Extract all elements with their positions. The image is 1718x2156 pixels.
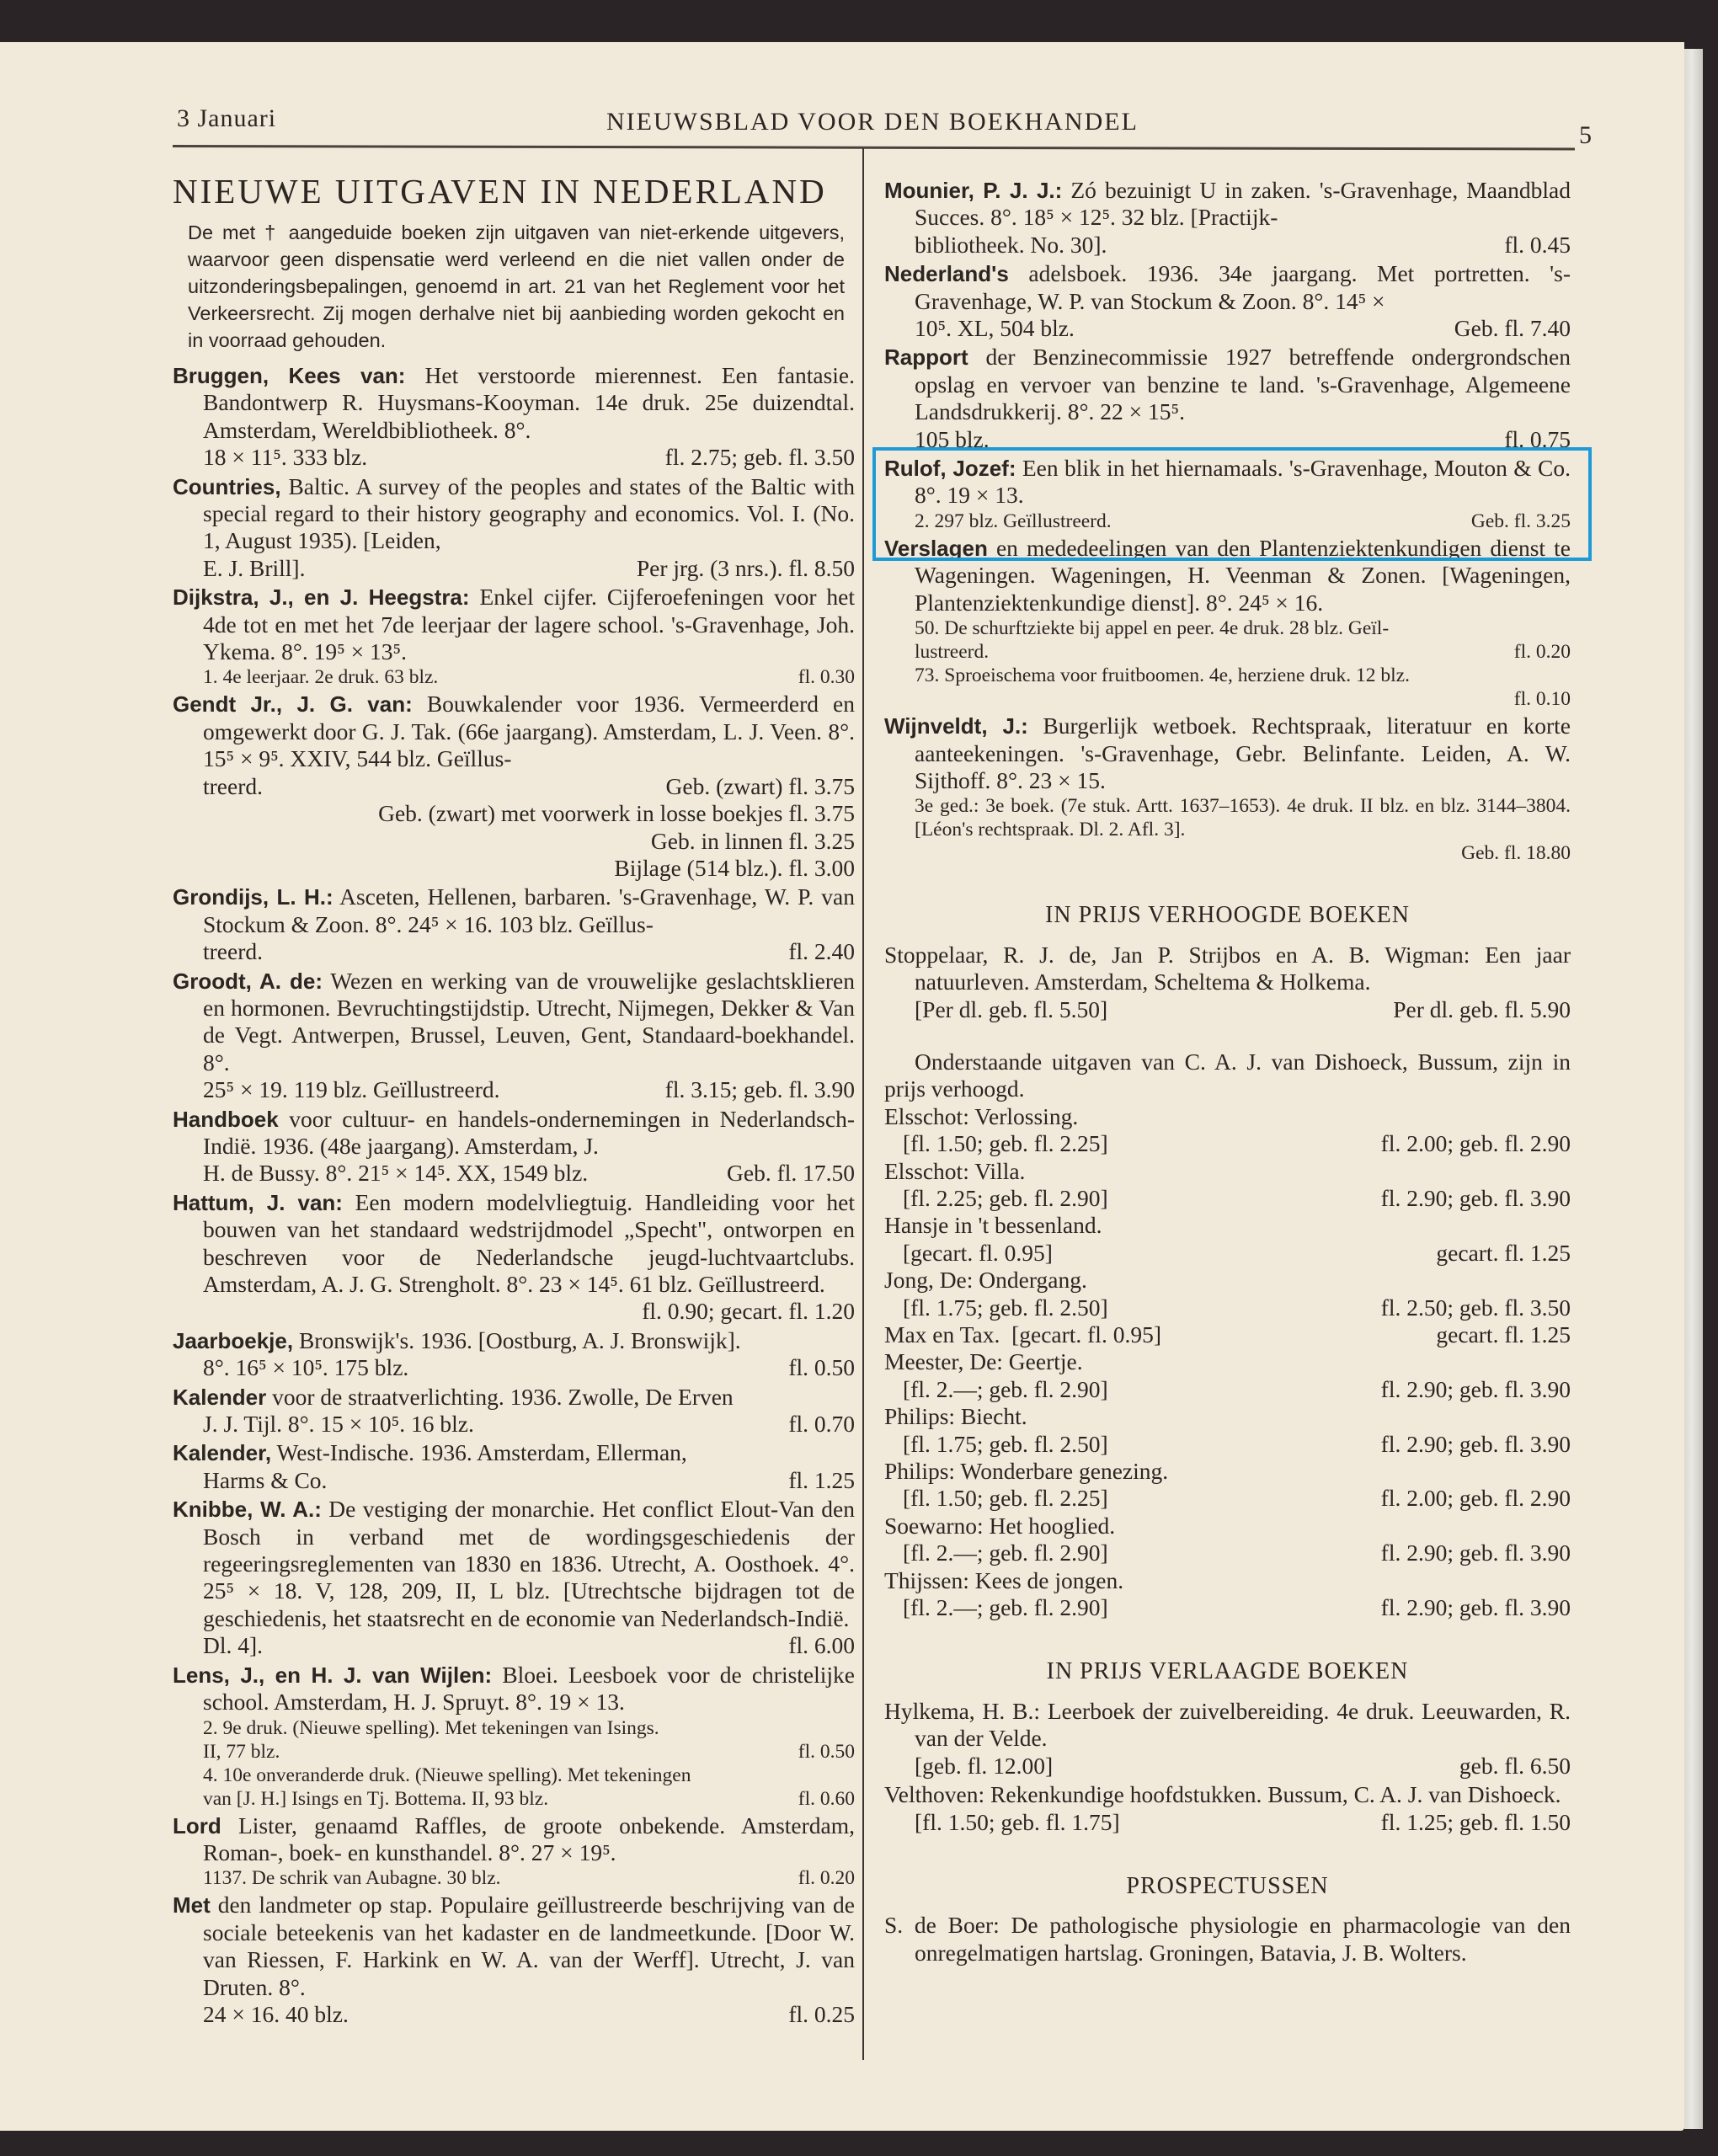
entry-author: Mounier, P. J. J.: (884, 178, 1062, 203)
section-intro: De met † aangeduide boeken zijn uitgaven… (188, 219, 845, 354)
entry-author: Countries, (173, 474, 281, 499)
new-price: gecart. fl. 1.25 (1436, 1240, 1571, 1267)
old-price: [fl. 2.25; geb. fl. 2.90] (903, 1185, 1108, 1212)
entry-subdetail: 3e ged.: 3e boek. (7e stuk. Artt. 1637–1… (884, 794, 1571, 841)
book-entry: Groodt, A. de: Wezen en werking van de v… (173, 968, 855, 1104)
entry-text: Stoppelaar, R. J. de, Jan P. Strijbos en… (884, 942, 1571, 996)
price-change-list: Elsschot: Verlossing. [fl. 1.50; geb. fl… (884, 1103, 1571, 1622)
entry-price: fl. 0.10 (1514, 687, 1571, 711)
item-title: Philips: Wonderbare genezing. (884, 1458, 1571, 1485)
entry-author: Nederland's (884, 261, 1009, 286)
entry-author: Kalender (173, 1385, 266, 1410)
book-entry: Lens, J., en H. J. van Wijlen: Bloei. Le… (173, 1662, 855, 1811)
entry-price: fl. 0.50 (788, 1354, 855, 1381)
new-price: Per dl. geb. fl. 5.90 (1393, 996, 1571, 1023)
entry-author: Dijkstra, J., en J. Heegstra: (173, 584, 470, 610)
prospectus-entry: S. de Boer: De pathologische physiologie… (884, 1912, 1571, 1967)
old-price: [fl. 2.—; geb. fl. 2.90] (903, 1376, 1108, 1403)
entry-text: en mededeelingen van den Plantenziektenk… (915, 535, 1571, 616)
item-title: Soewarno: Het hooglied. (884, 1513, 1571, 1540)
entry-price: fl. 2.40 (788, 938, 855, 965)
new-price: fl. 2.00; geb. fl. 2.90 (1381, 1485, 1571, 1512)
item-title: Philips: Biecht. (884, 1403, 1571, 1430)
book-entry: Dijkstra, J., en J. Heegstra: Enkel cijf… (173, 584, 855, 689)
book-entry: Wijnveldt, J.: Burgerlijk wetboek. Recht… (884, 712, 1571, 865)
section-title: NIEUWE UITGAVEN IN NEDERLAND (173, 170, 855, 212)
entry-extra-price: Geb. in linnen fl. 3.25 (651, 828, 855, 855)
item-title: Hansje in 't bessenland. (884, 1212, 1571, 1239)
entry-detail: H. de Bussy. 8°. 21⁵ × 14⁵. XX, 1549 blz… (203, 1160, 588, 1187)
entry-subdetail: 2. 297 blz. Geïllustreerd. (915, 510, 1112, 533)
entry-text: den landmeter op stap. Populaire geïllus… (203, 1892, 855, 1999)
new-price: fl. 2.50; geb. fl. 3.50 (1381, 1294, 1571, 1321)
entry-detail: van [J. H.] Isings en Tj. Bottema. II, 9… (203, 1787, 548, 1811)
entry-extra-price: Bijlage (514 blz.). fl. 3.00 (614, 855, 855, 882)
entry-text: Lister, genaamd Raffles, de groote onbek… (203, 1812, 855, 1865)
book-entry: Kalender voor de straatverlichting. 1936… (173, 1384, 855, 1438)
entry-author: Handboek (173, 1107, 279, 1132)
entry-price: Per jrg. (3 nrs.). fl. 8.50 (637, 555, 855, 582)
entry-author: Knibbe, W. A.: (173, 1497, 322, 1522)
entry-price: fl. 0.30 (798, 665, 855, 689)
page-header: 3 Januari NIEUWSBLAD VOOR DEN BOEKHANDEL… (177, 99, 1575, 150)
entry-price: fl. 0.25 (788, 2001, 855, 2028)
entry-detail: 18 × 11⁵. 333 blz. (203, 444, 367, 471)
new-price: fl. 1.25; geb. fl. 1.50 (1381, 1809, 1571, 1836)
new-price: fl. 2.90; geb. fl. 3.90 (1381, 1594, 1571, 1621)
entry-price: fl. 0.20 (1514, 640, 1571, 664)
prospectussen-heading: PROSPECTUSSEN (884, 1873, 1571, 1900)
book-entry: Hattum, J. van: Een modern modelvliegtui… (173, 1189, 855, 1326)
entry-text: der Benzinecommissie 1927 betreffende on… (915, 344, 1571, 424)
book-entry: Bruggen, Kees van: Het verstoorde mieren… (173, 362, 855, 472)
issue-date: 3 Januari (177, 104, 276, 133)
entry-price: fl. 0.90; gecart. fl. 1.20 (642, 1298, 855, 1325)
entry-price: fl. 0.50 (798, 1740, 855, 1764)
old-price: [fl. 1.75; geb. fl. 2.50] (903, 1294, 1108, 1321)
right-column: Mounier, P. J. J.: Zó bezuinigt U in zak… (884, 177, 1571, 1968)
entry-author: Hattum, J. van: (173, 1190, 343, 1215)
new-price: fl. 2.90; geb. fl. 3.90 (1381, 1431, 1571, 1458)
new-price: fl. 2.00; geb. fl. 2.90 (1381, 1130, 1571, 1157)
book-entry: Rapport der Benzinecommissie 1927 betref… (884, 344, 1571, 453)
entry-detail: lustreerd. (915, 640, 989, 664)
entry-detail: 25⁵ × 19. 119 blz. Geïllustreerd. (203, 1076, 499, 1103)
entry-detail: II, 77 blz. (203, 1740, 280, 1764)
entry-detail: 10⁵. XL, 504 blz. (915, 315, 1075, 342)
entry-subitem: 4. 10e onveranderde druk. (Nieuwe spelli… (173, 1764, 855, 1787)
old-price: [gecart. fl. 0.95] (903, 1240, 1053, 1267)
entry-detail: 105 blz. (915, 426, 990, 453)
entry-text: voor de straatverlichting. 1936. Zwolle,… (272, 1384, 734, 1410)
entry-price: Geb. fl. 17.50 (727, 1160, 855, 1187)
book-entry: Gendt Jr., J. G. van: Bouwkalender voor … (173, 691, 855, 882)
entry-detail: bibliotheek. No. 30]. (915, 232, 1107, 259)
dishoeck-intro: Onderstaande uitgaven van C. A. J. van D… (884, 1049, 1571, 1103)
old-price: [geb. fl. 12.00] (915, 1753, 1053, 1780)
book-entry: Met den landmeter op stap. Populaire geï… (173, 1892, 855, 2028)
old-price: [fl. 1.50; geb. fl. 2.25] (903, 1130, 1108, 1157)
item-title: Jong, De: Ondergang. (884, 1267, 1571, 1294)
item-title: Thijssen: Kees de jongen. (884, 1567, 1571, 1594)
entry-author: Lens, J., en H. J. van Wijlen: (173, 1662, 492, 1688)
entry-text: Velthoven: Rekenkundige hoofdstukken. Bu… (884, 1781, 1571, 1808)
item-title: Max en Tax. (884, 1321, 1000, 1347)
book-entry: Handboek voor cultuur- en handels-ondern… (173, 1106, 855, 1187)
old-price: [Per dl. geb. fl. 5.50] (915, 996, 1107, 1023)
entry-price: fl. 0.45 (1504, 232, 1571, 259)
old-price: [fl. 1.75; geb. fl. 2.50] (903, 1431, 1108, 1458)
entry-price: fl. 6.00 (788, 1632, 855, 1659)
old-price: [fl. 2.—; geb. fl. 2.90] (903, 1540, 1108, 1566)
entry-author: Groodt, A. de: (173, 969, 323, 994)
book-entry: Verslagen en mededeelingen van den Plant… (884, 535, 1571, 711)
book-entry: Nederland's adelsboek. 1936. 34e jaargan… (884, 260, 1571, 342)
entry-detail: J. J. Tijl. 8°. 15 × 10⁵. 16 blz. (203, 1411, 474, 1438)
entry-price: fl. 2.75; geb. fl. 3.50 (665, 444, 855, 471)
entry-text: Hylkema, H. B.: Leerboek der zuivelberei… (884, 1698, 1571, 1753)
entry-price: Geb. fl. 3.25 (1471, 510, 1571, 533)
entry-text: Bronswijk's. 1936. [Oostburg, A. J. Bron… (299, 1327, 741, 1353)
book-entry-highlighted: Rulof, Jozef: Een blik in het hiernamaal… (884, 455, 1571, 533)
item-title: Elsschot: Verlossing. (884, 1103, 1571, 1130)
entry-text: S. de Boer: De pathologische physiologie… (884, 1912, 1571, 1967)
entry-detail: E. J. Brill]. (203, 555, 305, 582)
entry-author: Bruggen, Kees van: (173, 363, 405, 388)
entry-author: Grondijs, L. H.: (173, 884, 333, 910)
entry-author: Rulof, Jozef: (884, 456, 1016, 481)
entry-text: adelsboek. 1936. 34e jaargang. Met portr… (915, 260, 1571, 313)
entry-author: Kalender, (173, 1440, 271, 1465)
old-price: [fl. 1.50; geb. fl. 1.75] (915, 1809, 1120, 1836)
column-divider (862, 148, 864, 2060)
entry-author: Wijnveldt, J.: (884, 713, 1028, 739)
entry-author: Verslagen (884, 536, 988, 561)
entry-subdetail: 1. 4e leerjaar. 2e druk. 63 blz. (203, 665, 438, 689)
book-entry: Lord Lister, genaamd Raffles, de groote … (173, 1812, 855, 1891)
entry-detail: treerd. (203, 773, 263, 800)
entry-author: Rapport (884, 344, 968, 370)
entry-subdetail: 1137. De schrik van Aubagne. 30 blz. (203, 1866, 501, 1890)
book-entry: Knibbe, W. A.: De vestiging der monarchi… (173, 1496, 855, 1659)
entry-text: West-Indische. 1936. Amsterdam, Ellerman… (276, 1439, 686, 1465)
entry-price: fl. 0.75 (1504, 426, 1571, 453)
entry-price: Geb. (zwart) fl. 3.75 (666, 773, 856, 800)
book-entry: Countries, Baltic. A survey of the peopl… (173, 473, 855, 583)
price-change-entry: Hylkema, H. B.: Leerboek der zuivelberei… (884, 1698, 1571, 1780)
old-price: [gecart. fl. 0.95] (1011, 1321, 1161, 1347)
entry-detail: 8°. 16⁵ × 10⁵. 175 blz. (203, 1354, 408, 1381)
new-price: gecart. fl. 1.25 (1436, 1321, 1571, 1348)
entry-detail: 24 × 16. 40 blz. (203, 2001, 349, 2028)
entry-author: Jaarboekje, (173, 1328, 293, 1353)
price-change-entry: Stoppelaar, R. J. de, Jan P. Strijbos en… (884, 942, 1571, 1023)
entry-subitem: 2. 9e druk. (Nieuwe spelling). Met teken… (173, 1716, 855, 1740)
entry-text: Baltic. A survey of the peoples and stat… (203, 473, 855, 554)
entry-extra-price: Geb. (zwart) met voorwerk in losse boekj… (378, 800, 855, 827)
book-entry: Mounier, P. J. J.: Zó bezuinigt U in zak… (884, 177, 1571, 259)
entry-subitem: 73. Sproeischema voor fruitboomen. 4e, h… (884, 664, 1571, 687)
publication-title: NIEUWSBLAD VOOR DEN BOEKHANDEL (606, 108, 1139, 136)
entry-price: Geb. fl. 7.40 (1454, 315, 1571, 342)
page-edge (1684, 49, 1703, 2129)
entry-text: voor cultuur- en handels-ondernemingen i… (203, 1106, 855, 1159)
entry-price: fl. 3.15; geb. fl. 3.90 (665, 1076, 855, 1103)
entry-author: Met (173, 1892, 211, 1918)
entry-author: Lord (173, 1813, 221, 1838)
left-column: NIEUWE UITGAVEN IN NEDERLAND De met † aa… (173, 170, 855, 2030)
new-price: geb. fl. 6.50 (1459, 1753, 1571, 1780)
entry-detail: Dl. 4]. (203, 1632, 263, 1659)
item-title: Elsschot: Villa. (884, 1158, 1571, 1185)
new-price: fl. 2.90; geb. fl. 3.90 (1381, 1376, 1571, 1403)
entry-price: Geb. fl. 18.80 (1461, 841, 1571, 865)
entry-price: fl. 0.60 (798, 1787, 855, 1811)
entry-price: fl. 0.20 (798, 1866, 855, 1890)
price-change-entry: Velthoven: Rekenkundige hoofdstukken. Bu… (884, 1781, 1571, 1836)
old-price: [fl. 1.50; geb. fl. 2.25] (903, 1485, 1108, 1512)
old-price: [fl. 2.—; geb. fl. 2.90] (903, 1594, 1108, 1621)
price-increased-heading: IN PRIJS VERHOOGDE BOEKEN (884, 902, 1571, 929)
item-title: Meester, De: Geertje. (884, 1348, 1571, 1375)
book-entry: Kalender, West-Indische. 1936. Amsterdam… (173, 1439, 855, 1494)
entry-subitem: 50. De schurftziekte bij appel en peer. … (884, 616, 1571, 640)
book-entry: Jaarboekje, Bronswijk's. 1936. [Oostburg… (173, 1327, 855, 1382)
entry-detail: treerd. (203, 938, 263, 965)
new-price: fl. 2.90; geb. fl. 3.90 (1381, 1540, 1571, 1566)
entry-price: fl. 1.25 (788, 1467, 855, 1494)
entry-author: Gendt Jr., J. G. van: (173, 691, 413, 717)
entry-price: fl. 0.70 (788, 1411, 855, 1438)
book-entry: Grondijs, L. H.: Asceten, Hellenen, barb… (173, 883, 855, 965)
price-reduced-heading: IN PRIJS VERLAAGDE BOEKEN (884, 1658, 1571, 1685)
page-number: 5 (1579, 121, 1592, 150)
entry-detail: Harms & Co. (203, 1467, 327, 1494)
new-price: fl. 2.90; geb. fl. 3.90 (1381, 1185, 1571, 1212)
